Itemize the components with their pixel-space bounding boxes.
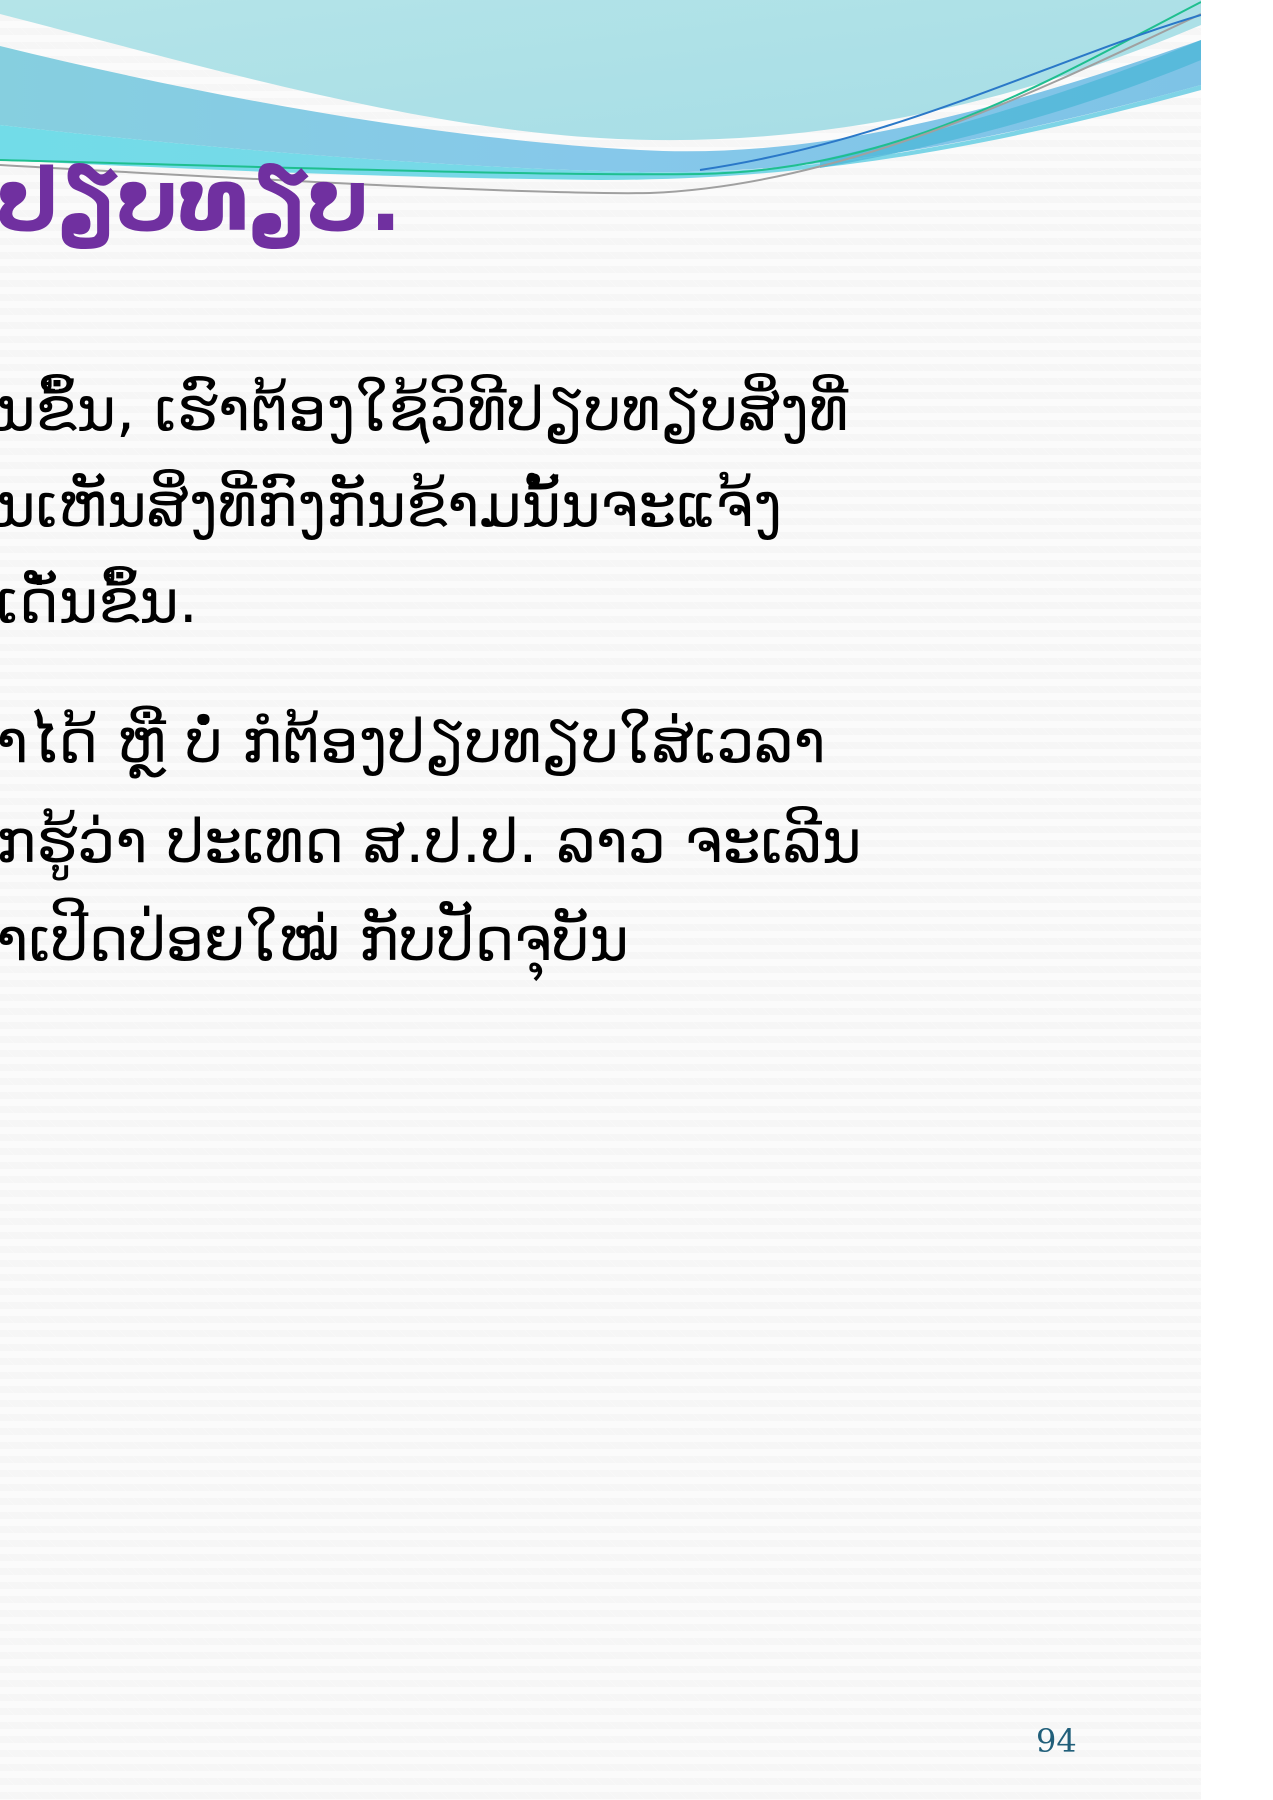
page-number: 94 <box>1036 1722 1077 1760</box>
body-line-2: ນເຫັນສິ່ງທີ່ກົງກັນຂ້າມນັ້ນຈະແຈ້ງ <box>0 466 782 546</box>
body-line-6: າເປີດປ່ອຍໃໝ່ ກັບປັດຈຸບັນ <box>0 900 629 980</box>
body-line-1: ນຂຶ້ນ, ເຮົາຕ້ອງໃຊ້ວິທີປຽບທຽບສິ່ງທີ່ <box>0 370 848 450</box>
body-line-4: າໄດ້ ຫຼື ບໍ່ ກໍຕ້ອງປຽບທຽບໃສ່ເວລາ <box>0 702 826 782</box>
body-line-3: ເດັ່ນຂຶ້ນ. <box>0 562 198 642</box>
slide-title: ປຽບທຽບ. <box>0 146 402 256</box>
slide: ປຽບທຽບ. ນຂຶ້ນ, ເຮົາຕ້ອງໃຊ້ວິທີປຽບທຽບສິ່ງ… <box>0 0 1201 1800</box>
body-line-5: ກຮູ້ວ່າ ປະເທດ ສ.ປ.ປ. ລາວ ຈະເລີນ <box>0 802 862 882</box>
